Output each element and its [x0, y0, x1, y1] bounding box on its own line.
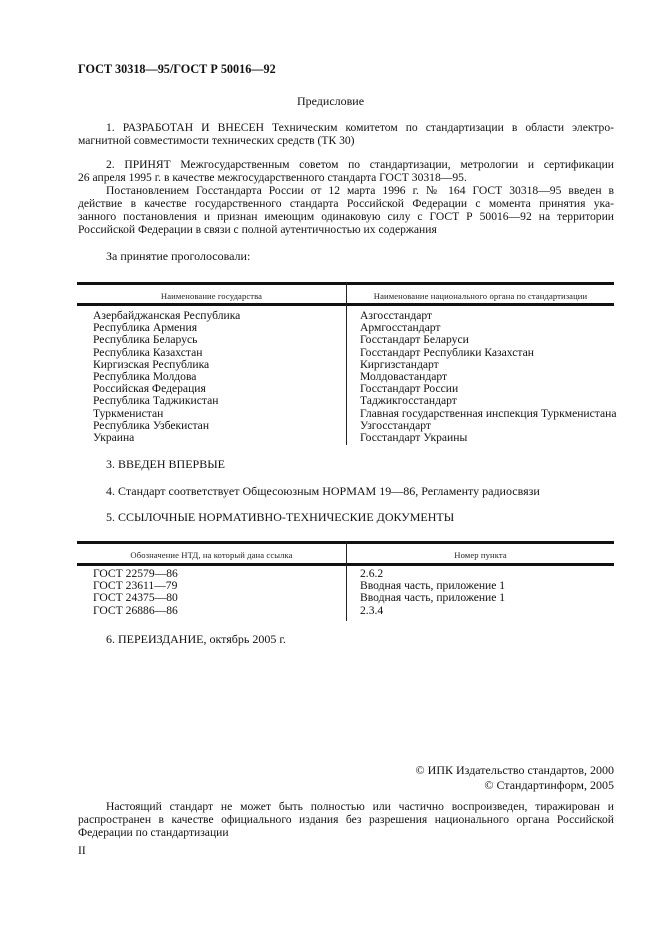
- voting-row-cell-left: Российская Федерация: [93, 382, 206, 395]
- copyright-line-1: © ИПК Издательство стандартов, 2000: [416, 764, 614, 777]
- voting-row-cell-right: Молдовастандарт: [360, 370, 447, 383]
- reference-row-cell-left: ГОСТ 23611—79: [93, 579, 177, 592]
- reference-row-cell-left: ГОСТ 24375—80: [93, 591, 178, 604]
- voting-row-cell-left: Республика Узбекистан: [93, 419, 209, 432]
- voting-row-cell-right: Таджикгосстандарт: [360, 394, 457, 407]
- reference-row-cell-left: ГОСТ 22579—86: [93, 567, 178, 580]
- voting-row-cell-right: Азгосстандарт: [360, 309, 432, 322]
- notice-line-3: Федерации по стандартизации: [78, 826, 614, 839]
- document-code: ГОСТ 30318—95/ГОСТ Р 50016—92: [78, 63, 276, 76]
- reference-row-cell-left: ГОСТ 26886—86: [93, 604, 178, 617]
- voting-row-cell-right: Госстандарт Украины: [360, 431, 467, 444]
- copyright-line-2: © Стандартинформ, 2005: [484, 779, 614, 792]
- voting-row-cell-right: Госстандарт Беларуси: [360, 333, 469, 346]
- decree-line-3: занного постановления и признан имеющим …: [78, 210, 614, 223]
- voted-label: За принятие проголосовали:: [106, 250, 250, 263]
- preface-item-2: 2. ПРИНЯТ Межгосударственным советом по …: [78, 158, 614, 184]
- reference-table-header-clause: Номер пункта: [347, 549, 614, 562]
- voting-row-cell-right: Киргизстандарт: [360, 358, 439, 371]
- decree-line-2: действие в качестве государственного ста…: [78, 197, 614, 210]
- reference-row-cell-right: 2.3.4: [360, 604, 383, 617]
- decree-paragraph: Постановлением Госстандарта России от 12…: [78, 184, 614, 236]
- reproduction-notice: Настоящий стандарт не может быть полност…: [78, 800, 614, 839]
- preface-item-3: 3. ВВЕДЕН ВПЕРВЫЕ: [106, 458, 225, 471]
- preface-item-1: 1. РАЗРАБОТАН И ВНЕСЕН Техническим комит…: [78, 121, 614, 147]
- reference-row-cell-right: Вводная часть, приложение 1: [360, 591, 505, 604]
- voting-row-cell-left: Республика Беларусь: [93, 333, 197, 346]
- voting-table-column-divider: [346, 282, 347, 445]
- voting-row-cell-right: Госстандарт Республики Казахстан: [360, 346, 534, 359]
- voting-table-header-state: Наименование государства: [77, 290, 346, 303]
- voting-row-cell-left: Республика Молдова: [93, 370, 196, 383]
- page-number: II: [78, 844, 86, 857]
- item-1-line-1: 1. РАЗРАБОТАН И ВНЕСЕН Техническим комит…: [78, 121, 614, 134]
- voting-row-cell-left: Республика Казахстан: [93, 346, 202, 359]
- voting-row-cell-right: Госстандарт России: [360, 382, 458, 395]
- section-title-preface: Предисловие: [0, 95, 661, 108]
- voting-row-cell-right: Армгосстандарт: [360, 321, 441, 334]
- reference-row-cell-right: 2.6.2: [360, 567, 383, 580]
- voting-row-cell-left: Украина: [93, 431, 134, 444]
- decree-line-4: Российской Федерации в связи с полной ау…: [78, 223, 614, 236]
- voting-row-cell-left: Республика Таджикистан: [93, 394, 218, 407]
- notice-line-2: распространен в качестве официального из…: [78, 813, 614, 826]
- preface-item-6: 6. ПЕРЕИЗДАНИЕ, октябрь 2005 г.: [106, 633, 286, 646]
- voting-row-cell-left: Киргизская Республика: [93, 358, 209, 371]
- preface-item-4: 4. Стандарт соответствует Общесоюзным НО…: [106, 485, 540, 498]
- voting-table-header-body: Наименование национального органа по ста…: [347, 290, 614, 303]
- reference-table-header-document: Обозначение НТД, на который дана ссылка: [77, 549, 346, 562]
- preface-item-5: 5. ССЫЛОЧНЫЕ НОРМАТИВНО-ТЕХНИЧЕСКИЕ ДОКУ…: [106, 511, 454, 524]
- voting-row-cell-right: Узгосстандарт: [360, 419, 431, 432]
- voting-row-cell-left: Республика Армения: [93, 321, 197, 334]
- item-1-line-2: магнитной совместимости технических сред…: [78, 134, 614, 147]
- voting-row-cell-left: Туркменистан: [93, 407, 163, 420]
- reference-row-cell-right: Вводная часть, приложение 1: [360, 579, 505, 592]
- voting-row-cell-left: Азербайджанская Республика: [93, 309, 240, 322]
- notice-line-1: Настоящий стандарт не может быть полност…: [78, 800, 614, 813]
- decree-line-1: Постановлением Госстандарта России от 12…: [78, 184, 614, 197]
- voting-row-cell-right: Главная государственная инспекция Туркме…: [360, 407, 616, 420]
- item-2-line-1: 2. ПРИНЯТ Межгосударственным советом по …: [78, 158, 614, 171]
- item-2-line-2: 26 апреля 1995 г. в качестве межгосударс…: [78, 171, 614, 184]
